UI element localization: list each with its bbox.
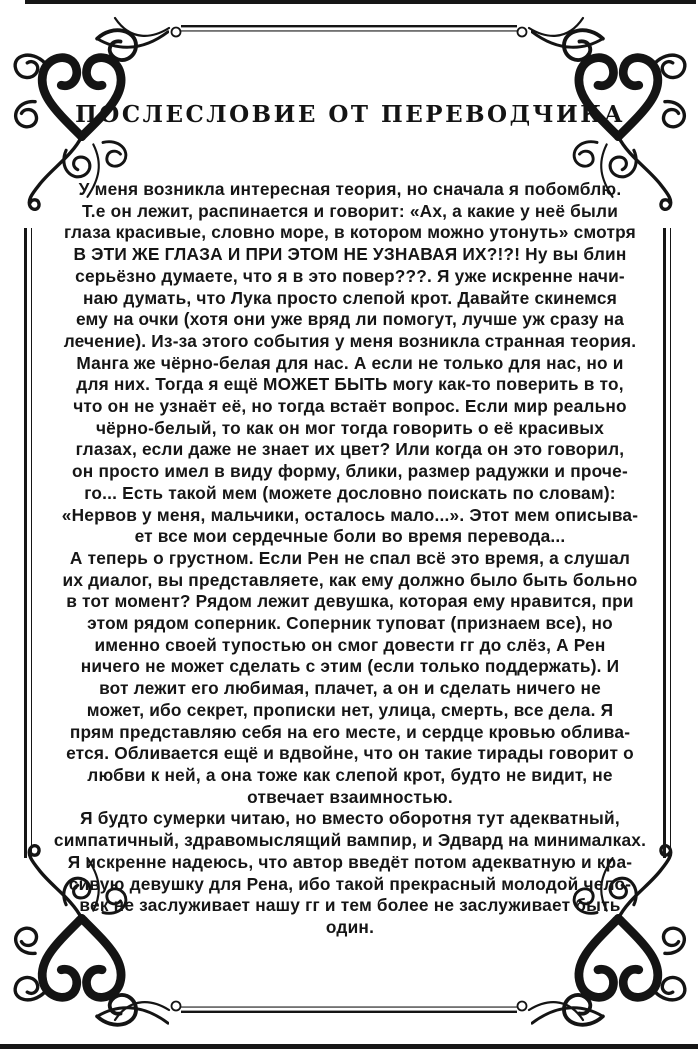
afterword-line: может, ибо секрет, прописки нет, улица, … xyxy=(33,700,667,722)
afterword-line: век не заслуживает нашу гг и тем более н… xyxy=(33,895,667,917)
frame-right-line-outer xyxy=(670,228,671,858)
afterword-line: Я искренне надеюсь, что автор введёт пот… xyxy=(33,852,667,874)
afterword-line: го... Есть такой мем (можете дословно по… xyxy=(33,483,667,505)
afterword-line: любви к ней, а она тоже как слепой крот,… xyxy=(33,765,667,787)
afterword-line: ет все мои сердечные боли во время перев… xyxy=(33,526,667,548)
afterword-line: серьёзно думаете, что я в это повер???. … xyxy=(33,266,667,288)
frame-bottom-rule xyxy=(113,984,587,1026)
afterword-line: лечение). Из-за этого события у меня воз… xyxy=(33,331,667,353)
afterword-line: вот лежит его любимая, плачет, а он и сд… xyxy=(33,678,667,700)
afterword-line: «Нервов у меня, мальчики, осталось мало.… xyxy=(33,505,667,527)
afterword-line: прям представляю себя на его месте, и се… xyxy=(33,722,667,744)
afterword-line: глазах, если даже не знает их цвет? Или … xyxy=(33,439,667,461)
afterword-line: что он не узнаёт её, но тогда встаёт воп… xyxy=(33,396,667,418)
afterword-line: их диалог, вы представляете, как ему дол… xyxy=(33,570,667,592)
afterword-line: У меня возникла интересная теория, но сн… xyxy=(33,179,667,201)
afterword-line: ется. Обливается ещё и вдвойне, что он т… xyxy=(33,743,667,765)
afterword-line: чёрно-белый, то как он мог тогда говорит… xyxy=(33,418,667,440)
afterword-line: он просто имел в виду форму, блики, разм… xyxy=(33,461,667,483)
afterword-line: именно своей тупостью он смог довести гг… xyxy=(33,635,667,657)
afterword-line: этом рядом соперник. Соперник туповат (п… xyxy=(33,613,667,635)
frame-left-line xyxy=(24,228,27,858)
afterword-page: ПОСЛЕСЛОВИЕ ОТ ПЕРЕВОДЧИКА У меня возник… xyxy=(0,0,700,1049)
afterword-line: ему на очки (хотя они уже вряд ли помогу… xyxy=(33,309,667,331)
afterword-line: для них. Тогда я ещё МОЖЕТ БЫТЬ могу как… xyxy=(33,374,667,396)
afterword-line: в тот момент? Рядом лежит девушка, котор… xyxy=(33,591,667,613)
page-title: ПОСЛЕСЛОВИЕ ОТ ПЕРЕВОДЧИКА xyxy=(0,101,700,128)
afterword-line: наю думать, что Лука просто слепой крот.… xyxy=(33,288,667,310)
afterword-line: А теперь о грустном. Если Рен не спал вс… xyxy=(33,548,667,570)
afterword-line: отвечает взаимностью. xyxy=(33,787,667,809)
frame-top-rule xyxy=(113,12,587,54)
afterword-line: Т.е он лежит, распинается и говорит: «Ах… xyxy=(33,201,667,223)
frame-left-line-inner xyxy=(31,228,32,858)
afterword-line: В ЭТИ ЖЕ ГЛАЗА И ПРИ ЭТОМ НЕ УЗНАВАЯ ИХ?… xyxy=(33,244,667,266)
afterword-line: глаза красивые, словно море, в котором м… xyxy=(33,222,667,244)
scan-edge-top xyxy=(25,0,696,4)
afterword-line: Манга же чёрно-белая для нас. А если не … xyxy=(33,353,667,375)
afterword-line: симпатичный, здравомыслящий вампир, и Эд… xyxy=(33,830,667,852)
afterword-line: сивую девушку для Рена, ибо такой прекра… xyxy=(33,874,667,896)
afterword-line: один. xyxy=(33,917,667,939)
afterword-line: Я будто сумерки читаю, но вместо оборотн… xyxy=(33,808,667,830)
afterword-text: У меня возникла интересная теория, но сн… xyxy=(33,179,667,939)
afterword-line: ничего не может сделать с этим (если тол… xyxy=(33,656,667,678)
